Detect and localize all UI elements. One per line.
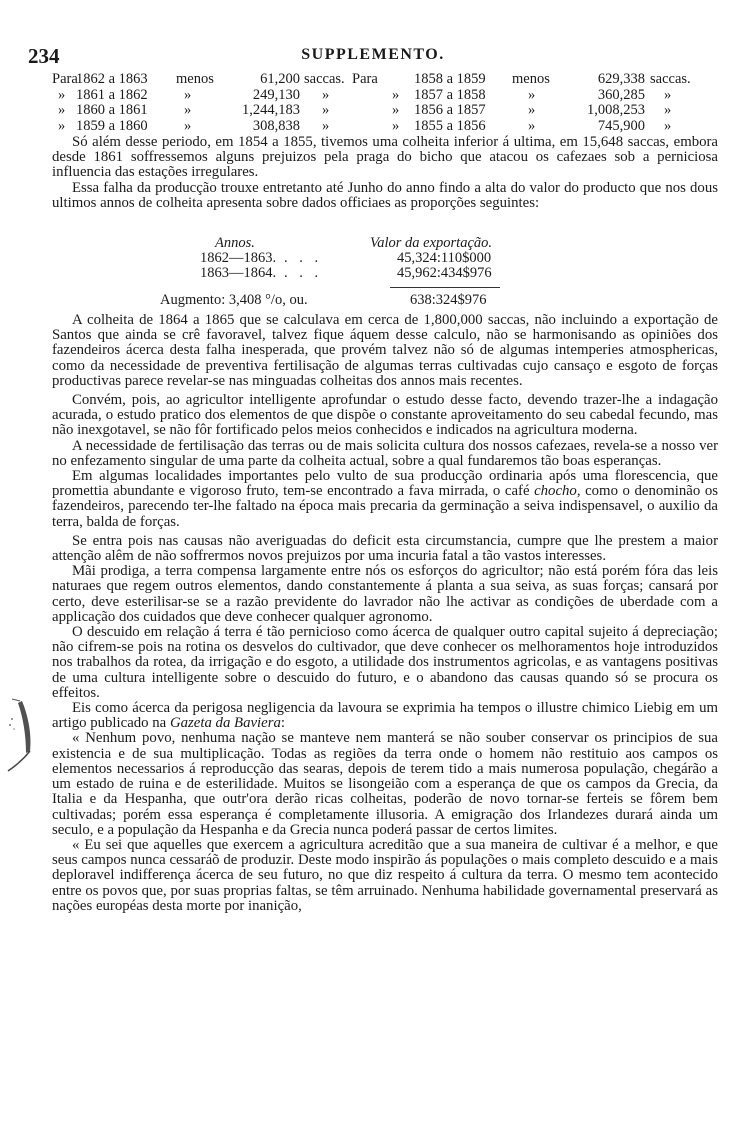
paragraph: Mãi prodiga, a terra compensa largamente…: [52, 564, 718, 625]
paragraph: A colheita de 1864 a 1865 que se calcula…: [52, 313, 718, 389]
export-value-table: Annos. Valor da exportação. 1862—1863. .…: [160, 236, 560, 308]
page-header: 234 SUPPLEMENTO.: [28, 44, 718, 66]
table-row: » 1859 a 1860 » 308,838 » » 1855 a 1856 …: [52, 119, 718, 135]
paragraph: Eis como ácerca da perigosa negligencia …: [52, 701, 718, 731]
paragraph: A necessidade de fertilisação das terras…: [52, 439, 718, 469]
paragraph: Convém, pois, ao agricultor intelligente…: [52, 393, 718, 439]
paragraph: O descuido em relação á terra é tão pern…: [52, 625, 718, 701]
sum-rule: [390, 287, 500, 288]
paragraph: Essa falha da producção trouxe entretant…: [52, 181, 718, 211]
table-row: Para 1862 a 1863 menos 61,200 saccas. Pa…: [52, 72, 718, 88]
table-row: » 1861 a 1862 » 249,130 » » 1857 a 1858 …: [52, 88, 718, 104]
quote-paragraph: « Nenhum povo, nenhuma nação se manteve …: [52, 731, 718, 837]
body-text: A colheita de 1864 a 1865 que se calcula…: [52, 313, 718, 914]
table-row: » 1860 a 1861 » 1,244,183 » » 1856 a 185…: [52, 103, 718, 119]
table-header: Annos. Valor da exportação.: [160, 236, 560, 251]
paragraph: Em algumas localidades importantes pelo …: [52, 469, 718, 530]
intro-text: Só além desse periodo, em 1854 a 1855, t…: [52, 135, 718, 211]
paragraph: Só além desse periodo, em 1854 a 1855, t…: [52, 135, 718, 181]
paragraph: Se entra pois nas causas não averiguadas…: [52, 534, 718, 564]
harvest-deficit-table: Para 1862 a 1863 menos 61,200 saccas. Pa…: [52, 72, 718, 134]
table-total-row: Augmento: 3,408 °/o, ou. 638:324$976: [160, 293, 560, 308]
table-row: 1863—1864. . . . 45,962:434$976: [160, 266, 560, 281]
running-head: SUPPLEMENTO.: [28, 46, 718, 64]
margin-smudge-icon: [4, 695, 38, 775]
years-header: Annos.: [215, 236, 255, 251]
value-header: Valor da exportação.: [370, 236, 492, 251]
book-page: 234 SUPPLEMENTO. Para 1862 a 1863 menos …: [0, 0, 746, 1133]
table-row: 1862—1863. . . . 45,324:110$000: [160, 251, 560, 266]
quote-paragraph: « Eu sei que aquelles que exercem a agri…: [52, 838, 718, 914]
